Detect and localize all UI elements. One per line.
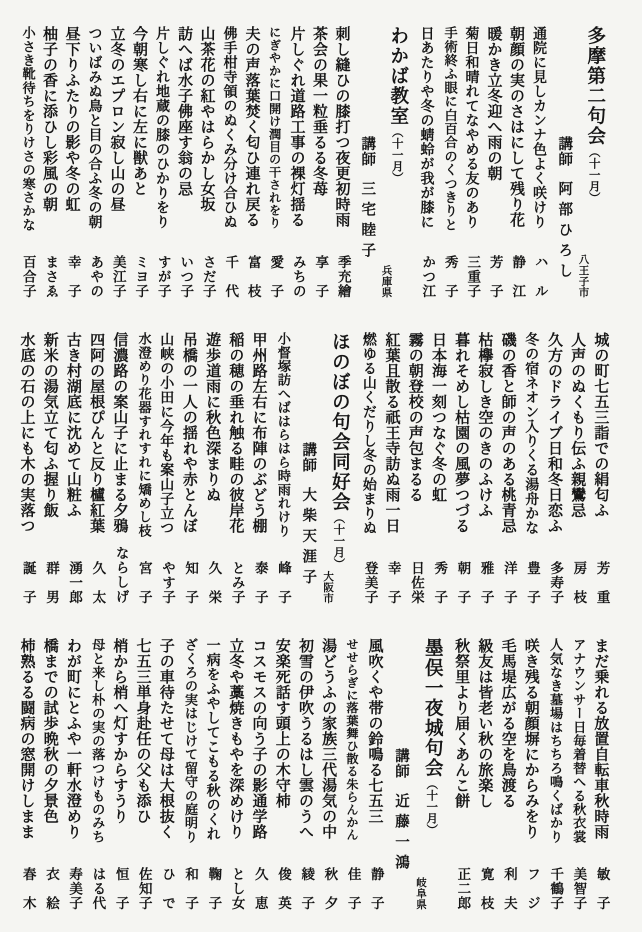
poem-author: 俊 英: [275, 867, 289, 911]
section-title-column: 墨俣一夜城句会（十一月）岐阜県: [415, 638, 449, 910]
poem-column: 水底の石の上にも木の実落つ誕 子: [16, 332, 38, 604]
poem-column: ついばみぬ鳥と目の合ふ冬の朝あやの: [84, 26, 106, 298]
poem-author: 百合子: [20, 255, 34, 299]
poem-text: 級友は皆老い秋の旅楽し: [477, 638, 492, 809]
poem-author: 愛 子: [268, 255, 282, 299]
lecturer-column: 講師阿部ひろし: [551, 26, 578, 298]
poem-column: せせらぎに落葉舞ひ散る朱らんかん佳 子: [341, 638, 363, 910]
poem-text: 日あたりや冬の蜻蛉が我が膝に: [420, 26, 434, 229]
poem-author: 利 夫: [501, 867, 515, 911]
poem-author: 千鶴子: [548, 867, 562, 911]
poem-column: 母と来し朴の実の落つけものみちはる代: [86, 638, 108, 910]
poem-text: 橋までの試歩晩秋の夕景色: [43, 638, 58, 824]
poem-column: ざくろの実はじけて留守の庭明り和 子: [178, 638, 200, 910]
lecturer-column: 講師大柴天涯子: [294, 332, 321, 604]
poem-column: 手術終ふ眼に白百合のくつきりと秀 子: [438, 26, 460, 298]
tier-2: 城の町七五三詣での絹匂ふ芳 重人声のぬくもり伝ふ親鸞忌房 枝久方のドライブ日和冬…: [16, 332, 612, 604]
poem-author: 秀 子: [432, 561, 446, 605]
section-month: （十一月）: [588, 146, 602, 204]
poem-author: 日佐栄: [409, 561, 423, 605]
section-title-column: 多摩第二句会（十一月）八王子市: [578, 26, 612, 298]
lecturer-name: 阿部ひろし: [557, 181, 572, 284]
poem-text: 城の町七五三詣での絹匂ふ: [593, 332, 608, 518]
lecturer-name: 三宅睦子: [360, 181, 375, 263]
poem-text: 安楽死話す頭上の木守柿: [275, 638, 290, 809]
poem-text: 片しぐれ道路工事の裸灯揺る: [290, 26, 305, 228]
poem-column: 柿熟るる闘病の窓開けしまま春 木: [16, 638, 38, 910]
poem-column: 七五三単身赴任の父も添ひ佐知子: [132, 638, 154, 910]
poem-text: 古き村湖底に沈めて山粧ふ: [66, 332, 81, 518]
poem-text: 柚子の香に添ひし彩風の朝: [42, 26, 57, 212]
poem-author: 房 枝: [571, 561, 585, 605]
poem-author: とし女: [229, 867, 243, 911]
poem-column: 小さき靴待ちをりけさの寒さかな百合子: [16, 26, 38, 298]
poem-text: 甲州路左右に布陣のぶどう棚: [252, 332, 267, 534]
poem-column: アナウンサー日毎着替へる秋衣裳美智子: [567, 638, 589, 910]
poem-author: まさゑ: [43, 255, 57, 299]
poem-text: 一病をふやしてこもる秋のくれ: [206, 638, 220, 841]
poem-text: 毛馬堤広がる空を鳥渡る: [501, 638, 516, 809]
poem-column: 風吹くや帯の鈴鳴る七五三静 子: [364, 638, 386, 910]
poem-text: 訪へば水子佛座す翁の忌: [177, 26, 192, 197]
poem-column: 片しぐれ地蔵の膝のひかりをりすが子: [151, 26, 173, 298]
poem-text: 水澄めり花器すれすれに矯めし枝: [136, 332, 149, 538]
poem-author: すが子: [155, 255, 169, 299]
poem-text: にぎやかに口開け潤目の干されをり: [268, 26, 280, 229]
poem-author: 知 子: [183, 561, 197, 605]
poem-column: わが町にとふや一軒水澄めり寿美子: [62, 638, 84, 910]
poem-column: 咲き残る朝顔塀にからみをりフ ジ: [520, 638, 542, 910]
poem-column: 山茶花の紅やはらかし女坂さだ子: [196, 26, 218, 298]
poem-column: 立冬のエプロン寂し山の昼美江子: [106, 26, 128, 298]
poem-column: 毛馬堤広がる空を鳥渡る利 夫: [497, 638, 519, 910]
section-title-group: 多摩第二句会（十一月）: [585, 26, 605, 204]
poem-text: せせらぎに落葉舞ひ散る朱らんかん: [346, 638, 358, 841]
section-title-group: ほのぼの句会同好会（十一月）: [330, 332, 350, 570]
lecturer-label: 講師: [360, 136, 375, 167]
poem-text: 小督塚訪へばはらはら時雨れけり: [276, 332, 289, 538]
poem-column: 磯の香と師の声のある桃青忌洋 子: [497, 332, 519, 604]
poem-column: 人声のぬくもり伝ふ親鸞忌房 枝: [567, 332, 589, 604]
poem-text: 冬の宿ネオン入りくる湯舟かな: [524, 332, 538, 535]
poem-author: はる代: [90, 867, 104, 911]
poem-author: ひ で: [159, 867, 173, 911]
poem-text: 手術終ふ眼に白百合のくつきりと: [442, 26, 455, 232]
poem-author: 鞠 子: [206, 867, 220, 911]
poem-column: コスモスの向う子の影通学路久 恵: [248, 638, 270, 910]
poem-column: 日本海一刻つなぐ冬の虹秀 子: [427, 332, 449, 604]
section-month: （十一月）: [332, 512, 346, 570]
poem-author: やす子: [159, 561, 173, 605]
poem-text: 枯欅寂しき空のきのふけふ: [477, 332, 492, 518]
section-title-column: ほのぼの句会同好会（十一月）大阪市: [323, 332, 357, 604]
poem-column: 城の町七五三詣での絹匂ふ芳 重: [590, 332, 612, 604]
poem-text: 暖かき立冬迎へ雨の朝: [487, 26, 502, 181]
poem-author: 久 太: [90, 561, 104, 605]
poem-text: アナウンサー日毎着替へる秋衣裳: [571, 638, 584, 844]
poem-column: 吊橋の一人の揺れや赤とんぼ知 子: [178, 332, 200, 604]
poem-text: 秋祭里より届くあんこ餅: [454, 638, 469, 809]
poem-column: 信濃路の案山子に止まる夕鴉ならしげ: [109, 332, 131, 604]
poem-author: 豊 子: [525, 561, 539, 605]
poem-author: ならしげ: [113, 546, 127, 604]
poem-author: 幸 子: [65, 255, 79, 299]
poem-column: 夫の声落葉焚く匂ひ連れ戻る富 枝: [241, 26, 263, 298]
poem-text: 信濃路の案山子に止まる夕鴉: [112, 332, 127, 534]
poem-author: 寿美子: [67, 867, 81, 911]
poem-text: ついばみぬ鳥と目の合ふ冬の朝: [88, 26, 102, 229]
poem-author: 芳 子: [487, 255, 501, 299]
poem-author: 正二郎: [455, 867, 469, 911]
poem-text: 七五三単身赴任の父も添ひ: [136, 638, 151, 824]
poem-author: 雅 子: [478, 561, 492, 605]
poem-author: 久 栄: [206, 561, 220, 605]
section-title-group: わかば教室（十一月）: [388, 26, 408, 184]
poem-column: 暖かき立冬迎へ雨の朝芳 子: [483, 26, 505, 298]
poem-column: 一病をふやしてこもる秋のくれ鞠 子: [202, 638, 224, 910]
lecturer-label: 講師: [557, 136, 572, 167]
lecturer-label: 講師: [301, 442, 316, 473]
poem-text: 初雪の伊吹うるはし雲のうへ: [298, 638, 313, 840]
poem-text: 日本海一刻つなぐ冬の虹: [431, 332, 446, 503]
poem-column: 片しぐれ道路工事の裸灯揺るみちの: [286, 26, 308, 298]
poem-column: 昼下りふたりの影や冬の虹幸 子: [61, 26, 83, 298]
poem-author: 美智子: [571, 867, 585, 911]
poem-column: 茶会の果一粒垂るる冬苺享 子: [309, 26, 331, 298]
poem-text: 佛手柑寺領のぬくみ分け合ひぬ: [223, 26, 237, 229]
poem-column: 暮れそめし枯園の風夢つづる朝 子: [451, 332, 473, 604]
poem-text: 人声のぬくもり伝ふ親鸞忌: [570, 332, 585, 518]
section-title: 墨俣一夜城句会: [422, 638, 443, 778]
poem-text: わが町にとふや一軒水澄めり: [66, 638, 81, 840]
poem-author: 佳 子: [345, 867, 359, 911]
poem-author: 登美子: [362, 561, 376, 605]
poem-text: 片しぐれ地蔵の膝のひかりをり: [155, 26, 169, 229]
poem-author: 誕 子: [20, 561, 34, 605]
poem-text: 通院に見しカンナ色よく咲けり: [532, 26, 546, 229]
poem-author: いつ子: [178, 255, 192, 299]
poem-text: 磯の香と師の声のある桃青忌: [501, 332, 516, 534]
poem-author: 享 子: [313, 255, 327, 299]
poem-text: 菊日和晴れてなやめる友のあり: [465, 26, 479, 229]
poem-text: 霧の朝登校の声包まるる: [408, 332, 423, 503]
poem-text: 母と来し朴の実の落つけものみち: [90, 638, 103, 844]
poem-text: 吊橋の一人の揺れや赤とんぼ: [182, 332, 197, 534]
poem-column: 久方のドライブ日和冬日恋ふ多寿子: [543, 332, 565, 604]
poem-author: かつ江: [420, 255, 434, 299]
poem-author: 湧一郎: [67, 561, 81, 605]
poem-text: 遊歩道雨に秋色深まりぬ: [205, 332, 220, 503]
poem-author: ハ ル: [532, 255, 546, 299]
poem-author: 和 子: [183, 867, 197, 911]
poem-column: 訪へば水子佛座す翁の忌いつ子: [174, 26, 196, 298]
poem-column: 今朝寒し右に左に獣あとミヨ子: [129, 26, 151, 298]
section-title: 多摩第二句会: [585, 26, 606, 146]
poem-author: ミヨ子: [133, 255, 147, 299]
lecturer-label: 講師: [394, 748, 409, 779]
section-month: （十一月）: [391, 126, 405, 184]
poem-text: 昼下りふたりの影や冬の虹: [65, 26, 80, 212]
section-location: 兵庫県: [381, 265, 392, 298]
poem-author: 敏 子: [594, 867, 608, 911]
poem-column: 人気なき墓場はちちろ鳴くばかり千鶴子: [543, 638, 565, 910]
poem-text: 山茶花の紅やはらかし女坂: [200, 26, 215, 212]
poem-text: コスモスの向う子の影通学路: [252, 638, 267, 840]
poem-text: 湯どうふの家族三代湯気の中: [321, 638, 336, 840]
poem-text: 久方のドライブ日和冬日恋ふ: [547, 332, 562, 534]
poem-column: にぎやかに口開け潤目の干されをり愛 子: [264, 26, 286, 298]
section-title-column: わかば教室（十一月）兵庫県: [381, 26, 415, 298]
poem-column: 燃ゆる山くだりし冬の始まりぬ登美子: [358, 332, 380, 604]
poem-author: 春 木: [20, 867, 34, 911]
poem-text: 茶会の果一粒垂るる冬苺: [312, 26, 327, 197]
poem-column: 山峡の小田に今年も案山子立つやす子: [155, 332, 177, 604]
poem-text: 立冬や藁焼きもやを深めけり: [228, 638, 243, 840]
poem-column: 遊歩道雨に秋色深まりぬ久 栄: [202, 332, 224, 604]
poem-author: 佐知子: [136, 867, 150, 911]
poem-author: 群 男: [43, 561, 57, 605]
poem-column: 枯欅寂しき空のきのふけふ雅 子: [474, 332, 496, 604]
poem-column: 佛手柑寺領のぬくみ分け合ひぬ千 代: [219, 26, 241, 298]
poem-author: 芳 重: [594, 561, 608, 605]
section-location: 八王子市: [578, 254, 589, 298]
lecturer-column: 講師近藤一鴻: [387, 638, 414, 910]
poem-author: 綾 子: [299, 867, 313, 911]
poem-author: 季充繪: [335, 255, 349, 299]
poem-author: 恒 子: [113, 867, 127, 911]
section-location: 岐阜県: [415, 877, 426, 910]
poem-text: 朝顔の実のさはにして残り花: [509, 26, 524, 228]
poem-author: 千 代: [223, 255, 237, 299]
section-title-group: 墨俣一夜城句会（十一月）: [423, 638, 443, 836]
poem-text: 暮れそめし枯園の風夢つづる: [454, 332, 469, 534]
poem-author: 三重子: [465, 255, 479, 299]
section-location: 大阪市: [323, 571, 334, 604]
poem-column: 子の車待たせて母は大根抜くひ で: [155, 638, 177, 910]
poem-column: 日あたりや冬の蜻蛉が我が膝にかつ江: [416, 26, 438, 298]
tier-3: まだ乗れる放置自転車秋時雨敏 子アナウンサー日毎着替へる秋衣裳美智子人気なき墓場…: [16, 638, 612, 910]
lecturer-name: 大柴天涯子: [301, 487, 316, 590]
poem-column: 朝顔の実のさはにして残り花静 江: [506, 26, 528, 298]
poem-author: 泰 子: [252, 561, 266, 605]
poem-text: 人気なき墓場はちちろ鳴くばかり: [548, 638, 561, 844]
poem-column: 霧の朝登校の声包まるる日佐栄: [404, 332, 426, 604]
poem-author: 秀 子: [442, 255, 456, 299]
poem-column: 立冬や藁焼きもやを深めけりとし女: [225, 638, 247, 910]
poem-column: 刺し縫ひの膝打つ夜更初時雨季充繪: [331, 26, 353, 298]
poem-column: 新米の湯気立て匂ふ握り飯群 男: [39, 332, 61, 604]
poem-column: 柚子の香に添ひし彩風の朝まさゑ: [39, 26, 61, 298]
section-title: ほのぼの句会同好会: [329, 332, 350, 512]
poem-text: 新米の湯気立て匂ふ握り飯: [43, 332, 58, 518]
poem-column: 橋までの試歩晩秋の夕景色衣 絵: [39, 638, 61, 910]
poem-text: 咲き残る朝顔塀にからみをり: [524, 638, 539, 840]
poem-author: とみ子: [229, 561, 243, 605]
poem-author: あやの: [88, 255, 102, 299]
tier-1: 多摩第二句会（十一月）八王子市講師阿部ひろし通院に見しカンナ色よく咲けりハ ル朝…: [16, 26, 612, 298]
poem-author: 寛 枝: [478, 867, 492, 911]
poem-author: 宮 子: [136, 561, 150, 605]
poem-author: 多寿子: [548, 561, 562, 605]
poem-column: 稲の穂の垂れ触る畦の彼岸花とみ子: [225, 332, 247, 604]
poem-column: 菊日和晴れてなやめる友のあり三重子: [461, 26, 483, 298]
poem-author: 幸 子: [385, 561, 399, 605]
haiku-page: 多摩第二句会（十一月）八王子市講師阿部ひろし通院に見しカンナ色よく咲けりハ ル朝…: [0, 0, 642, 932]
poem-text: 立冬のエプロン寂し山の昼: [110, 26, 125, 212]
poem-column: 通院に見しカンナ色よく咲けりハ ル: [528, 26, 550, 298]
poem-column: 秋祭里より届くあんこ餅正二郎: [451, 638, 473, 910]
poem-text: 今朝寒し右に左に獣あと: [132, 26, 147, 197]
poem-text: 風吹くや帯の鈴鳴る七五三: [368, 638, 383, 824]
poem-column: 梢から梢へ灯すからすうり恒 子: [109, 638, 131, 910]
poem-author: さだ子: [200, 255, 214, 299]
lecturer-column: 講師三宅睦子: [354, 26, 381, 298]
poem-column: 古き村湖底に沈めて山粧ふ湧一郎: [62, 332, 84, 604]
poem-column: 甲州路左右に布陣のぶどう棚泰 子: [248, 332, 270, 604]
poem-column: 湯どうふの家族三代湯気の中秋 夕: [318, 638, 340, 910]
section-title: わかば教室: [388, 26, 409, 126]
poem-column: 小督塚訪へばはらはら時雨れけり峰 子: [271, 332, 293, 604]
poem-text: 子の車待たせて母は大根抜く: [159, 638, 174, 840]
poem-author: 静 子: [368, 867, 382, 911]
poem-author: 峰 子: [275, 561, 289, 605]
poem-author: 洋 子: [501, 561, 515, 605]
poem-text: 山峡の小田に今年も案山子立つ: [159, 332, 173, 535]
poem-column: 紅葉且散る祇王寺訪ぬ雨一日幸 子: [381, 332, 403, 604]
poem-column: 冬の宿ネオン入りくる湯舟かな豊 子: [520, 332, 542, 604]
poem-text: 柿熟るる闘病の窓開けしまま: [20, 638, 35, 840]
poem-author: 久 恵: [252, 867, 266, 911]
section-month: （十一月）: [425, 778, 439, 836]
poem-text: ざくろの実はじけて留守の庭明り: [183, 638, 196, 844]
poem-text: 紅葉且散る祇王寺訪ぬ雨一日: [385, 332, 400, 534]
poem-text: 四阿の屋根ぴんと反り櫨紅葉: [89, 332, 104, 534]
lecturer-name: 近藤一鴻: [394, 793, 409, 875]
poem-column: まだ乗れる放置自転車秋時雨敏 子: [590, 638, 612, 910]
poem-text: 燃ゆる山くだりし冬の始まりぬ: [362, 332, 376, 535]
poem-column: 四阿の屋根ぴんと反り櫨紅葉久 太: [86, 332, 108, 604]
poem-column: 水澄めり花器すれすれに矯めし枝宮 子: [132, 332, 154, 604]
poem-text: 梢から梢へ灯すからすうり: [112, 638, 127, 824]
poem-author: 静 江: [510, 255, 524, 299]
poem-column: 安楽死話す頭上の木守柿俊 英: [271, 638, 293, 910]
poem-author: 美江子: [110, 255, 124, 299]
poem-column: 初雪の伊吹うるはし雲のうへ綾 子: [294, 638, 316, 910]
poem-text: 水底の石の上にも木の実落つ: [20, 332, 35, 534]
poem-text: 夫の声落葉焚く匂ひ連れ戻る: [245, 26, 260, 228]
poem-text: 刺し縫ひの膝打つ夜更初時雨: [335, 26, 350, 228]
poem-column: 級友は皆老い秋の旅楽し寛 枝: [474, 638, 496, 910]
poem-author: 秋 夕: [322, 867, 336, 911]
poem-author: 富 枝: [245, 255, 259, 299]
poem-author: 衣 絵: [43, 867, 57, 911]
poem-text: まだ乗れる放置自転車秋時雨: [593, 638, 608, 840]
poem-author: 朝 子: [455, 561, 469, 605]
poem-text: 稲の穂の垂れ触る畦の彼岸花: [228, 332, 243, 534]
poem-text: 小さき靴待ちをりけさの寒さかな: [20, 26, 33, 232]
poem-author: フ ジ: [525, 867, 539, 911]
poem-author: みちの: [290, 255, 304, 299]
